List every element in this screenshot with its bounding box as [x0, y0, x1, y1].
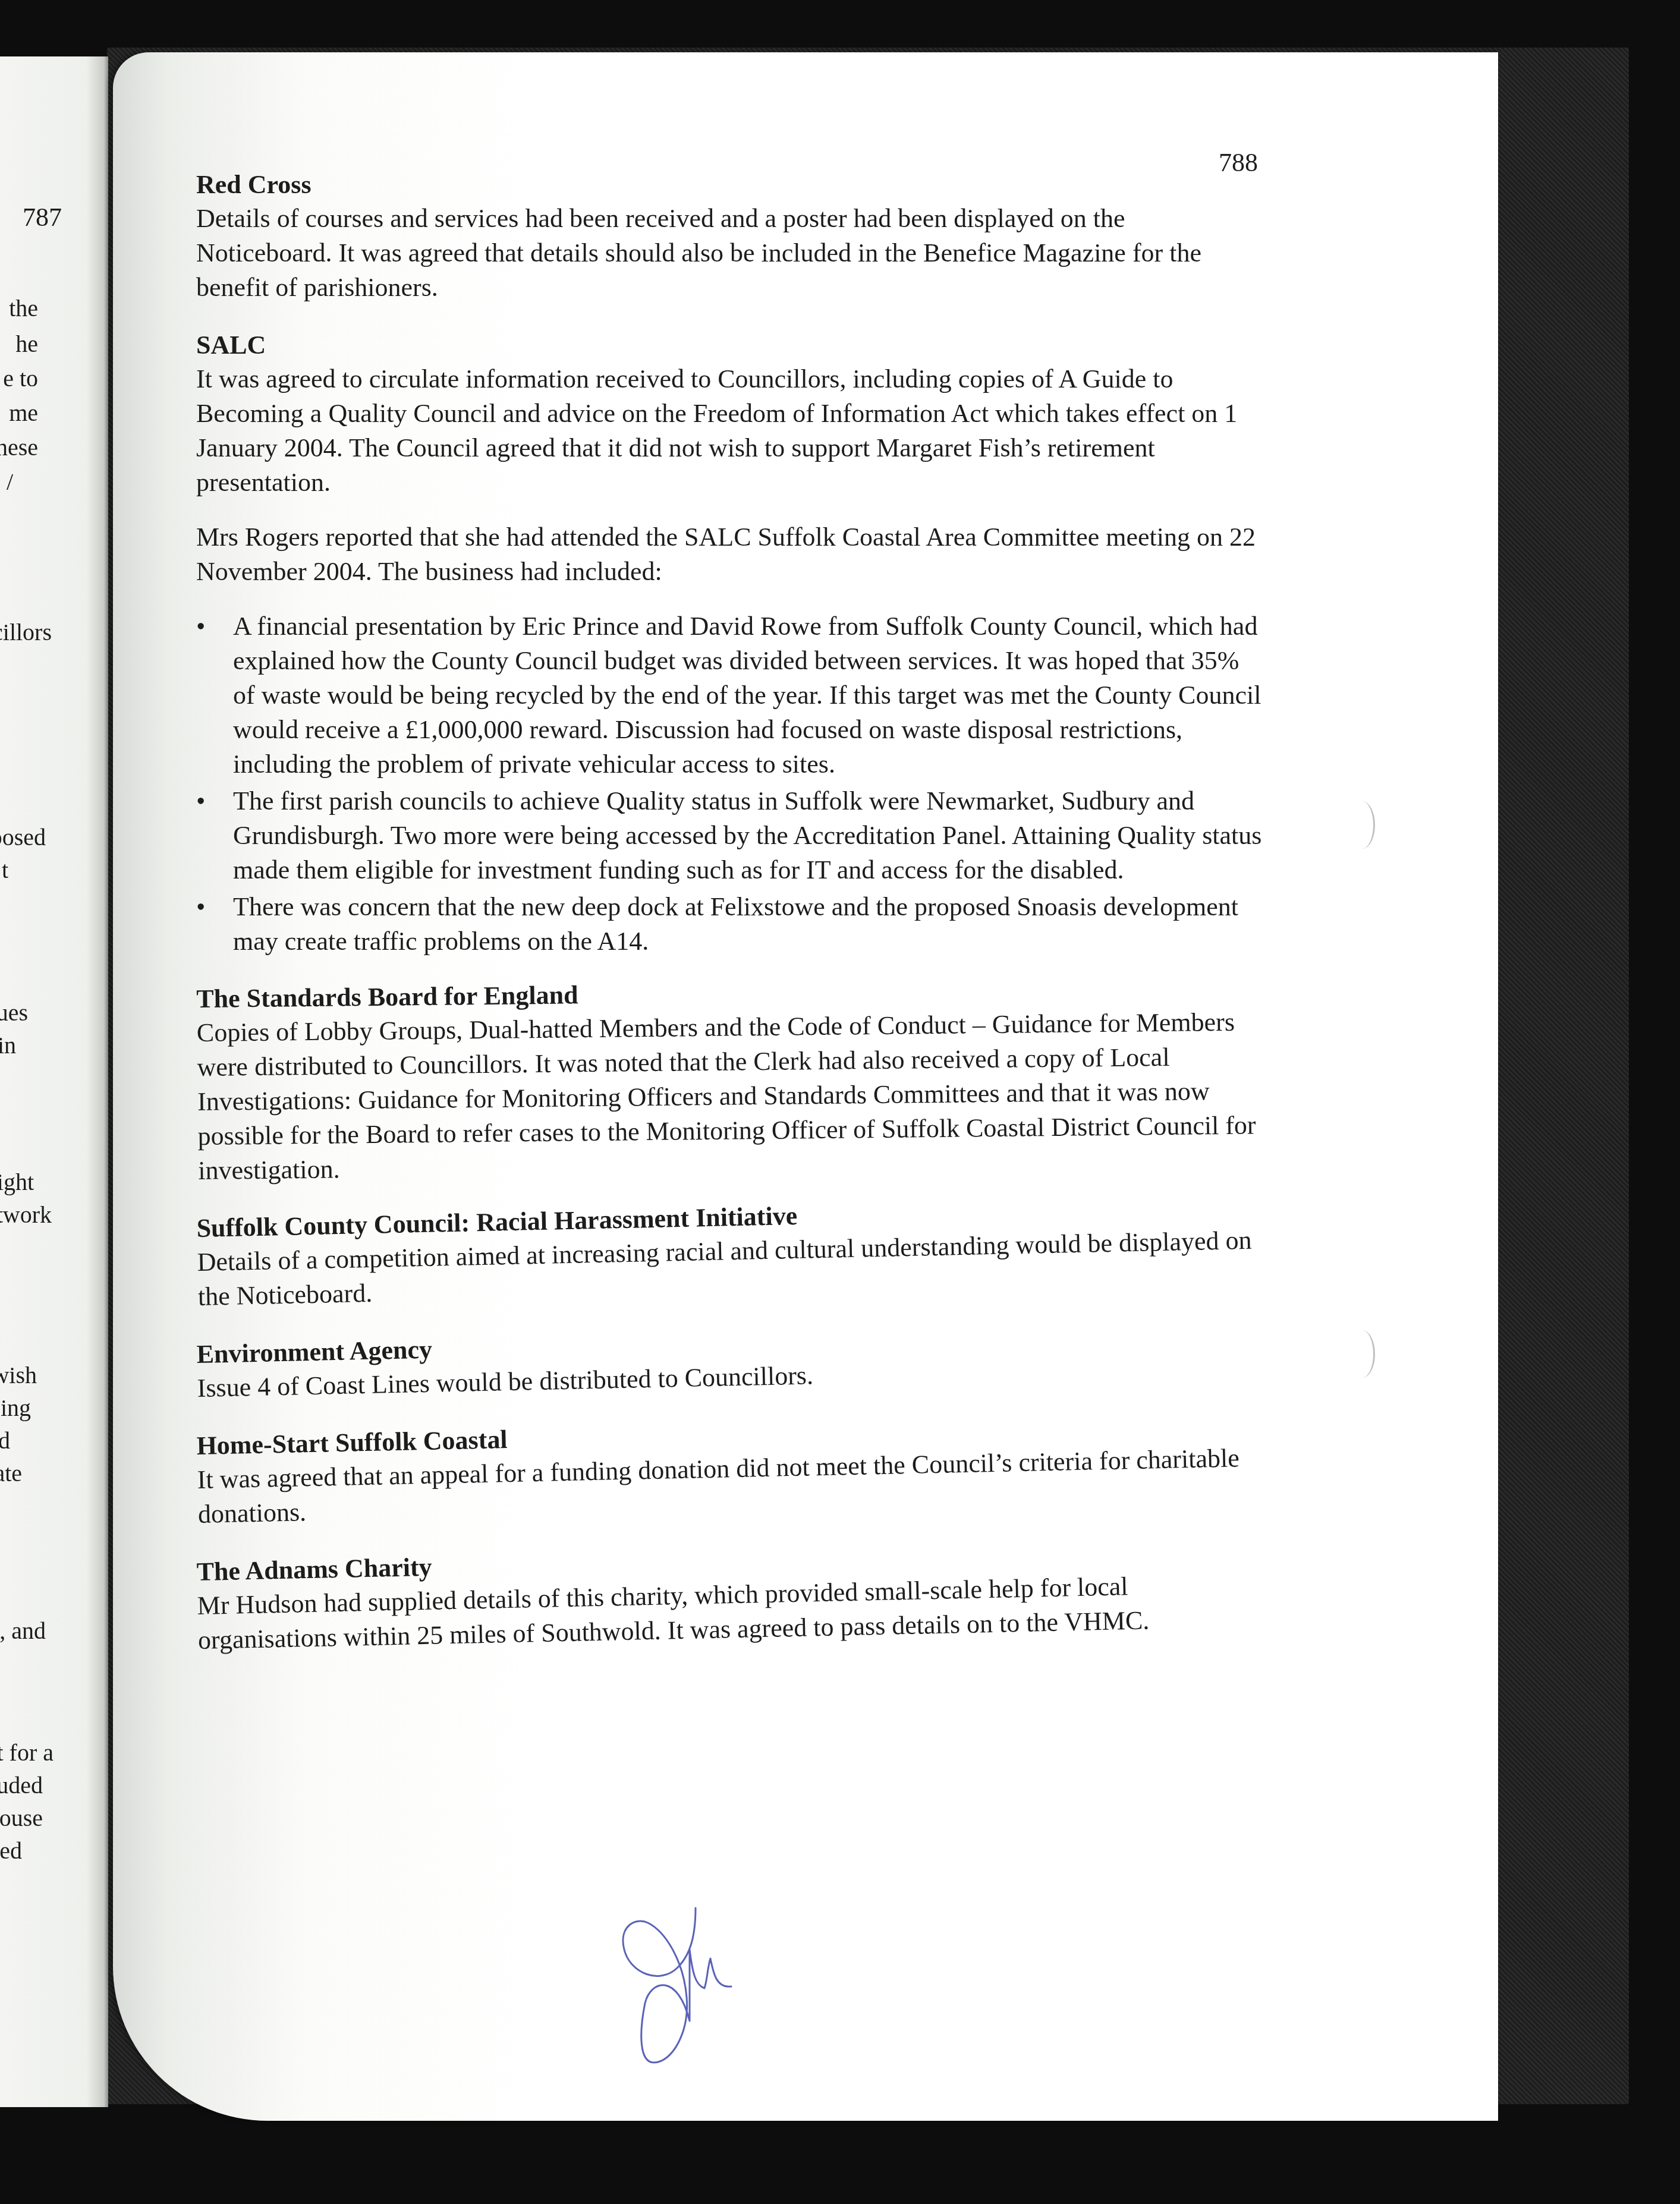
left-text-fragment: t for a — [0, 1739, 54, 1767]
list-item: The first parish councils to achieve Qua… — [196, 784, 1266, 887]
section-salc: SALC It was agreed to circulate informat… — [196, 329, 1266, 959]
left-text-fragment: ate — [0, 1459, 22, 1487]
punch-hole — [1349, 801, 1375, 849]
left-text-fragment: ues — [0, 999, 28, 1027]
left-text-fragment: / — [7, 468, 13, 496]
section-heading: Red Cross — [196, 168, 1266, 201]
list-item: A financial presentation by Eric Prince … — [196, 609, 1266, 782]
section-standards-board: The Standards Board for England Copies o… — [196, 971, 1269, 1188]
left-text-fragment: Iouse — [0, 1804, 43, 1832]
left-text-fragment: ight — [0, 1168, 34, 1196]
left-text-fragment: luded — [0, 1771, 43, 1799]
section-red-cross: Red Cross Details of courses and service… — [196, 168, 1266, 305]
section-paragraph: Details of courses and services had been… — [196, 201, 1266, 305]
section-adnams-charity: The Adnams Charity Mr Hudson had supplie… — [196, 1533, 1268, 1658]
left-text-fragment: d — [0, 1427, 10, 1454]
right-page: 788 Red Cross Details of courses and ser… — [113, 52, 1498, 2121]
left-text-fragment: cillors — [0, 618, 52, 646]
minutes-content: Red Cross Details of courses and service… — [196, 168, 1266, 1682]
section-paragraph: It was agreed to circulate information r… — [196, 362, 1266, 500]
section-environment-agency: Environment Agency Issue 4 of Coast Line… — [196, 1315, 1267, 1406]
left-text-fragment: in — [0, 1031, 16, 1059]
left-text-fragment: twork — [0, 1201, 52, 1229]
left-text-fragment: sing — [0, 1394, 31, 1422]
punch-hole — [1349, 1330, 1375, 1378]
left-text-fragment: , and — [0, 1617, 46, 1645]
left-text-fragment: nese — [0, 433, 38, 461]
section-paragraph: Copies of Lobby Groups, Dual-hatted Memb… — [197, 1005, 1269, 1188]
section-racial-harassment: Suffolk County Council: Racial Harassmen… — [196, 1189, 1268, 1314]
business-list: A financial presentation by Eric Prince … — [196, 609, 1266, 959]
section-paragraph: Mrs Rogers reported that she had attende… — [196, 520, 1266, 589]
left-text-fragment: t — [2, 856, 8, 884]
section-home-start: Home-Start Suffolk Coastal It was agreed… — [196, 1407, 1268, 1532]
section-heading: SALC — [196, 329, 1266, 362]
signature-icon — [606, 1884, 737, 2074]
left-text-fragment: posed — [0, 823, 46, 851]
left-page: 787 the he e to me nese / cillors posed … — [0, 56, 108, 2107]
list-item: There was concern that the new deep dock… — [196, 890, 1266, 959]
left-text-fragment: he — [15, 330, 38, 358]
left-text-fragment: ed — [0, 1837, 22, 1865]
left-text-fragment: wish — [0, 1361, 37, 1389]
left-page-number: 787 — [23, 202, 62, 232]
left-text-fragment: e to — [3, 364, 38, 392]
left-text-fragment: me — [9, 399, 38, 427]
left-text-fragment: the — [9, 294, 38, 322]
